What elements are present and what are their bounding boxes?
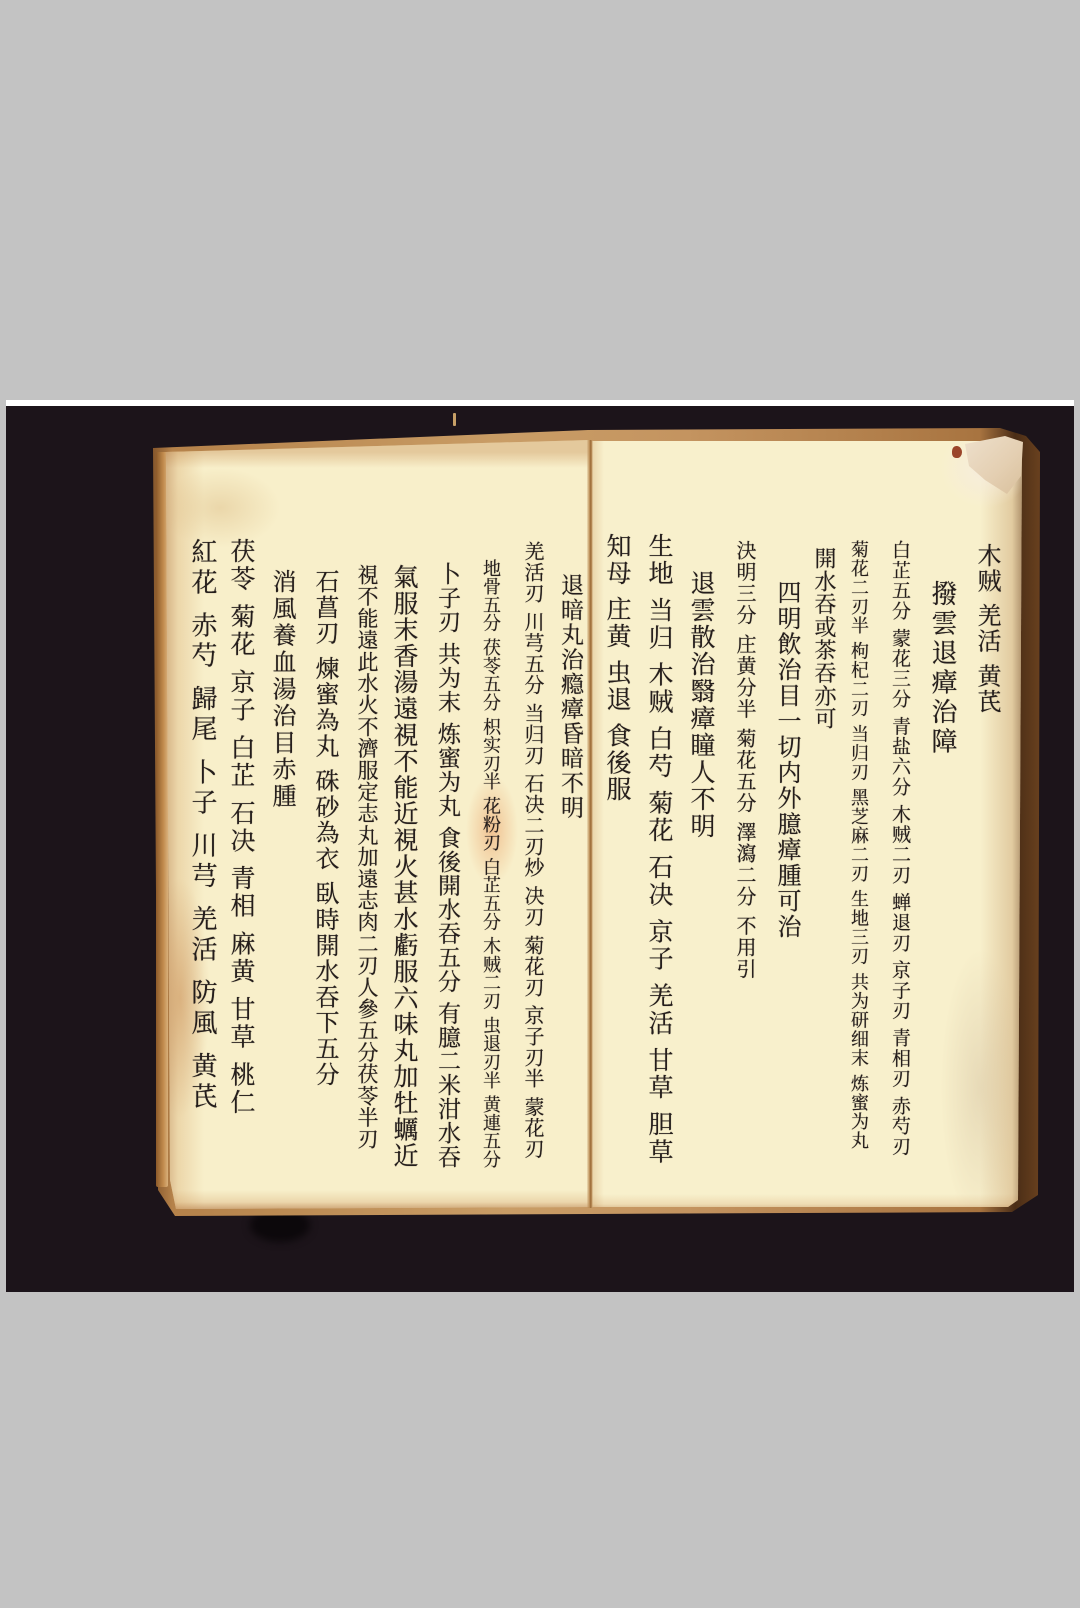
ingredient-column: 紅花 赤芍 歸尾 卜子 川芎 羌活 防風 黄芪 bbox=[189, 538, 215, 1113]
ingredient-column: 決明三分 庄黄分半 菊花五分 澤瀉二分 不用引 bbox=[735, 540, 755, 980]
instruction-column: 視不能遠此水火不濟服定志丸加遠志肉二刃人參五分茯苓半刃 bbox=[356, 564, 377, 1150]
ingredient-column: 地骨五分 茯苓五分 枳实刃半 花粉刃 白芷五分 木贼二刃 虫退刃半 黄連五分 bbox=[481, 559, 499, 1168]
recipe-title: 退雲散治翳瘴瞳人不明 bbox=[689, 570, 714, 840]
recipe-title: 退暗丸治瘾瘴昏暗不明 bbox=[558, 573, 581, 820]
ingredient-column: 白芷五分 蒙花三分 青盐六分 木贼二刃 蝉退刃 京子刃 青相刃 赤芍刃 bbox=[890, 540, 909, 1156]
thread-mark bbox=[453, 413, 456, 426]
ingredient-column: 生地 当归 木贼 白芍 菊花 石决 京子 羌活 甘草 胆草 bbox=[647, 533, 672, 1165]
instruction-column: 石菖刃 煉蜜為丸 硃砂為衣 臥時開水吞下五分 bbox=[313, 569, 337, 1088]
instruction-column: 卜子刃 共为末 炼蜜为丸 食後開水吞五分 有臆二米泔水吞 bbox=[435, 562, 458, 1168]
instruction-column: 開水吞或茶吞亦可 bbox=[812, 547, 834, 730]
page-gutter bbox=[587, 440, 593, 1208]
recipe-title: 撥雲退瘴治障 bbox=[929, 580, 955, 757]
ingredient-column: 知母 庄黄 虫退 食後服 bbox=[605, 533, 630, 803]
ingredient-column: 菊花二刃半 枸杞二刃 当归刃 黑芝麻二刃 生地三刃 共为研细末 炼蜜为丸 bbox=[849, 540, 867, 1150]
ingredient-column: 茯苓 菊花 京子 白芷 石决 青相 麻黄 甘草 桃仁 bbox=[229, 538, 254, 1117]
recipe-title: 四明飲治目一切内外臆瘴腫可治 bbox=[775, 580, 799, 940]
ink-stain bbox=[952, 446, 962, 458]
instruction-column: 氣服末香湯遠視不能近視火甚水虧服六味丸加牡蠣近 bbox=[392, 564, 417, 1169]
recipe-title: 消風養血湯治目赤腫 bbox=[270, 569, 294, 810]
book-spine-edge bbox=[156, 452, 168, 1187]
ingredient-column: 羌活刃 川芎五分 当归刃 石决二刃炒 决刃 菊花刃 京子刃半 蒙花刃 bbox=[523, 541, 543, 1160]
ingredient-column: 木贼 羌活 黄芪 bbox=[975, 543, 999, 714]
